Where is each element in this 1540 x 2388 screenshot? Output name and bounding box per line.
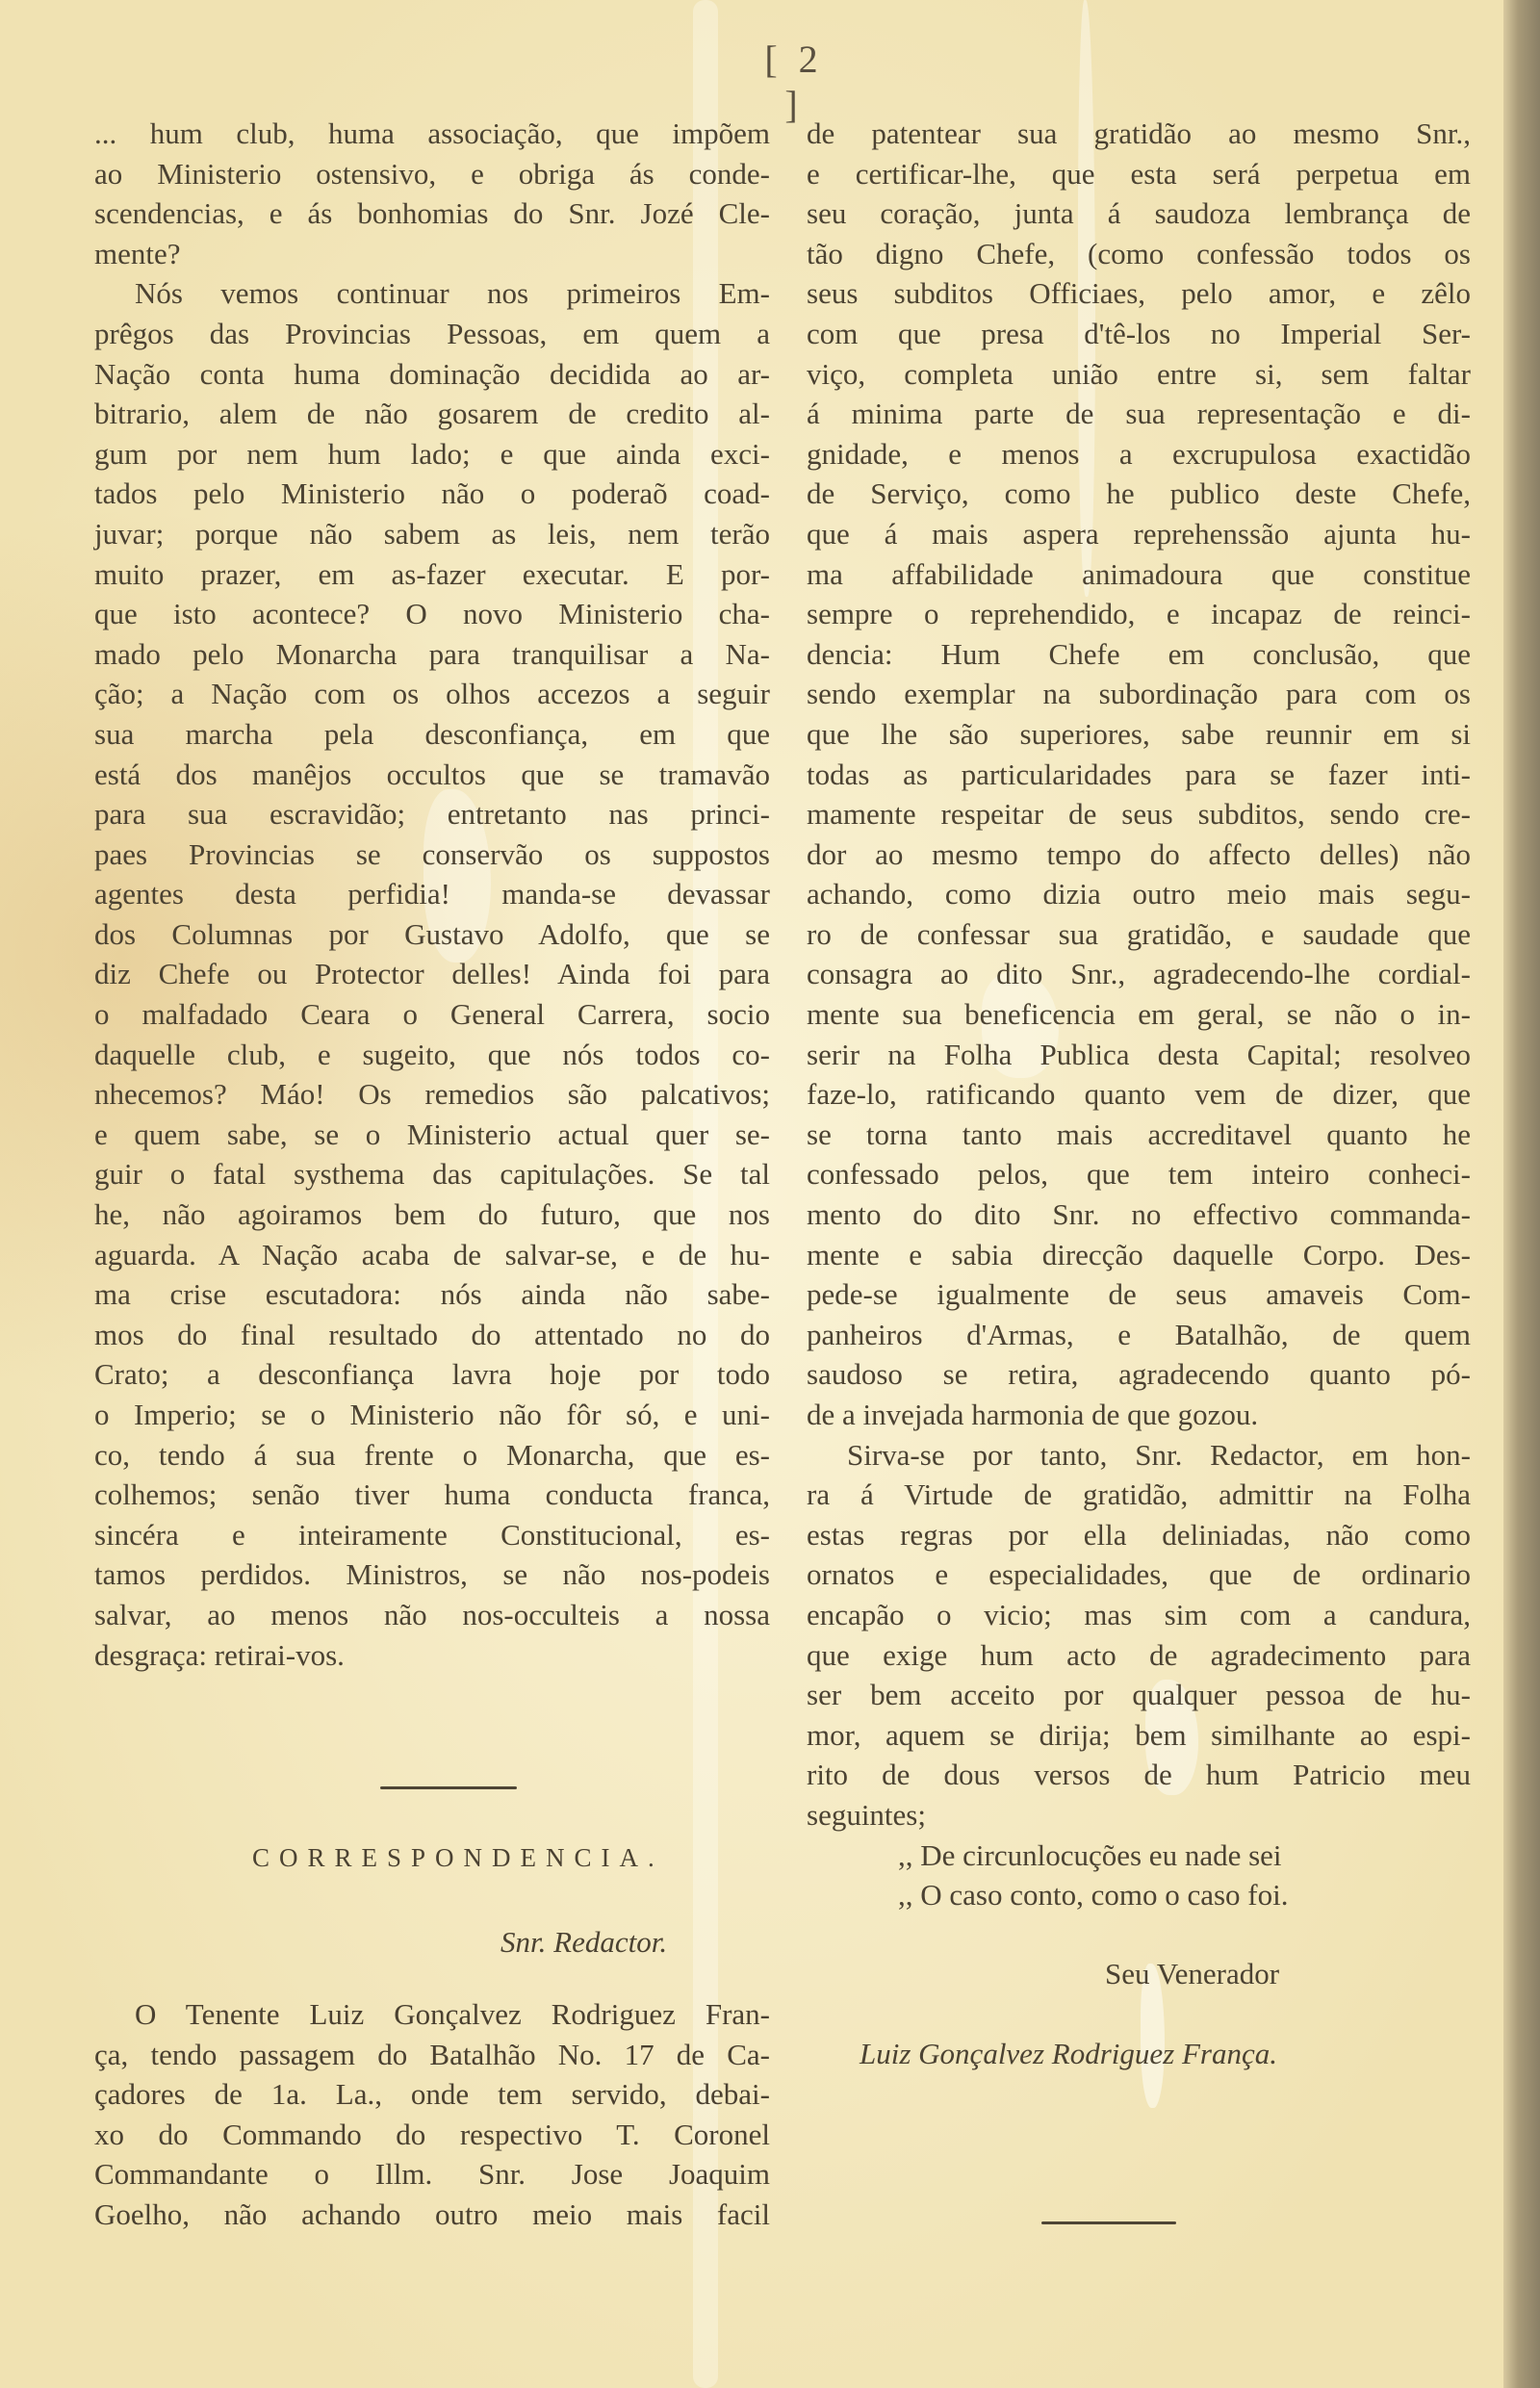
text-line: saudoso se retira, agradecendo quanto pó… — [807, 1354, 1471, 1395]
text-line: de Serviço, como he publico deste Chefe, — [807, 474, 1471, 514]
text-line: gum por nem hum lado; e que ainda exci- — [94, 434, 770, 475]
text-line: aguarda. A Nação acaba de salvar-se, e d… — [94, 1235, 770, 1275]
text-line: e certificar-lhe, que esta será perpetua… — [807, 154, 1471, 194]
text-line: scendencias, e ás bonhomias do Snr. Jozé… — [94, 193, 770, 234]
text-line: çadores de 1a. La., onde tem servido, de… — [94, 2074, 770, 2115]
text-line: mente? — [94, 234, 770, 274]
text-line: mamente respeitar de seus subditos, send… — [807, 794, 1471, 835]
text-line: juvar; porque não sabem as leis, nem ter… — [94, 514, 770, 554]
text-line: de patentear sua gratidão ao mesmo Snr., — [807, 114, 1471, 154]
text-line: ro de confessar sua gratidão, e saudade … — [807, 914, 1471, 955]
text-line: faze-lo, ratificando quanto vem de dizer… — [807, 1074, 1471, 1115]
text-line: todas as particularidades para se fazer … — [807, 755, 1471, 795]
text-line: e quem sabe, se o Ministerio actual quer… — [94, 1115, 770, 1155]
verse-line: ,, De circunlocuções eu nade sei — [807, 1836, 1471, 1876]
text-line: dencia: Hum Chefe em conclusão, que — [807, 634, 1471, 675]
text-line: dos Columnas por Gustavo Adolfo, que se — [94, 914, 770, 955]
text-line: achando, como dizia outro meio mais segu… — [807, 874, 1471, 914]
text-line: nhecemos? Máo! Os remedios são palcativo… — [94, 1074, 770, 1115]
text-line: Commandante o Illm. Snr. Jose Joaquim — [94, 2154, 770, 2195]
end-divider — [1041, 2221, 1176, 2224]
text-line: Nação conta huma dominação decidida ao a… — [94, 354, 770, 395]
text-line: mado pelo Monarcha para tranquilisar a N… — [94, 634, 770, 675]
text-line: co, tendo á sua frente o Monarcha, que e… — [94, 1435, 770, 1476]
text-line: mente sua beneficencia em geral, se não … — [807, 994, 1471, 1035]
text-line: o malfadado Ceara o General Carrera, soc… — [94, 994, 770, 1035]
text-line: Nós vemos continuar nos primeiros Em- — [94, 273, 770, 314]
text-line: viço, completa união entre si, sem falta… — [807, 354, 1471, 395]
text-line: mos do final resultado do attentado no d… — [94, 1315, 770, 1355]
text-line: sempre o reprehendido, e incapaz de rein… — [807, 594, 1471, 634]
text-line: rito de dous versos de hum Patricio meu — [807, 1755, 1471, 1795]
text-line: mor, aquem se dirija; bem similhante ao … — [807, 1715, 1471, 1756]
text-line: gnidade, e menos a excrupulosa exactidão — [807, 434, 1471, 475]
letter-closing: Seu Venerador — [807, 1954, 1471, 1994]
text-line: ornatos e especialidades, que de ordinar… — [807, 1554, 1471, 1595]
text-line: ma crise escutadora: nós ainda não sabe- — [94, 1274, 770, 1315]
text-line: seus subditos Officiaes, pelo amor, e zê… — [807, 273, 1471, 314]
text-line: ra á Virtude de gratidão, admittir na Fo… — [807, 1475, 1471, 1515]
text-line: sua marcha pela desconfiança, em que — [94, 714, 770, 755]
text-line: Crato; a desconfiança lavra hoje por tod… — [94, 1354, 770, 1395]
text-line: que á mais aspera reprehenssão ajunta hu… — [807, 514, 1471, 554]
text-line: tão digno Chefe, (como confessão todos o… — [807, 234, 1471, 274]
text-line: mente e sabia direcção daquelle Corpo. D… — [807, 1235, 1471, 1275]
text-line: panheiros d'Armas, e Batalhão, de quem — [807, 1315, 1471, 1355]
text-line: Sirva-se por tanto, Snr. Redactor, em ho… — [807, 1435, 1471, 1476]
text-line: agentes desta perfidia! manda-se devassa… — [94, 874, 770, 914]
text-line: desgraça: retirai-vos. — [94, 1635, 770, 1676]
text-line: mento do dito Snr. no effectivo commanda… — [807, 1194, 1471, 1235]
correspondence-letter-start: O Tenente Luiz Gonçalvez Rodriguez Fran-… — [94, 1994, 770, 2235]
text-line: que isto acontece? O novo Ministerio cha… — [94, 594, 770, 634]
text-line: muito prazer, em as-fazer executar. E po… — [94, 554, 770, 595]
text-line: salvar, ao menos não nos-occulteis a nos… — [94, 1595, 770, 1635]
text-line: o Imperio; se o Ministerio não fôr só, e… — [94, 1395, 770, 1435]
text-line: diz Chefe ou Protector delles! Ainda foi… — [94, 954, 770, 994]
text-line: ça, tendo passagem do Batalhão No. 17 de… — [94, 2035, 770, 2075]
text-line: dor ao mesmo tempo do affecto delles) nã… — [807, 835, 1471, 875]
page-binding-edge — [1503, 0, 1540, 2388]
text-line: paes Provincias se conservão os supposto… — [94, 835, 770, 875]
text-line: encapão o vicio; mas sim com a candura, — [807, 1595, 1471, 1635]
text-line: xo do Commando do respectivo T. Coronel — [94, 2115, 770, 2155]
text-line: tados pelo Ministerio não o poderaõ coad… — [94, 474, 770, 514]
text-line: he, não agoiramos bem do futuro, que nos — [94, 1194, 770, 1235]
text-line: Goelho, não achando outro meio mais faci… — [94, 2195, 770, 2235]
text-line: para sua escravidão; entretanto nas prin… — [94, 794, 770, 835]
text-line: sincéra e inteiramente Constitucional, e… — [94, 1515, 770, 1555]
letter-signature: Luiz Gonçalvez Rodriguez França. — [807, 2034, 1471, 2074]
text-line: seguintes; — [807, 1795, 1471, 1836]
text-line: ma affabilidade animadoura que constitue — [807, 554, 1471, 595]
text-line: guir o fatal systhema das capitulações. … — [94, 1154, 770, 1194]
text-line: se torna tanto mais accreditavel quanto … — [807, 1115, 1471, 1155]
right-column-letter: de patentear sua gratidão ao mesmo Snr.,… — [807, 114, 1471, 2074]
text-line: estas regras por ella deliniadas, não co… — [807, 1515, 1471, 1555]
text-line: serir na Folha Publica desta Capital; re… — [807, 1035, 1471, 1075]
section-divider — [380, 1786, 517, 1789]
text-line: pede-se igualmente de seus amaveis Com- — [807, 1274, 1471, 1315]
text-line: consagra ao dito Snr., agradecendo-lhe c… — [807, 954, 1471, 994]
text-line: colhemos; senão tiver huma conducta fran… — [94, 1475, 770, 1515]
verse-line: ,, O caso conto, como o caso foi. — [807, 1875, 1471, 1915]
correspondence-heading: CORRESPONDENCIA. — [252, 1843, 664, 1873]
text-line: ser bem acceito por qualquer pessoa de h… — [807, 1675, 1471, 1715]
text-line: que exige hum acto de agradecimento para — [807, 1635, 1471, 1676]
text-line: ... hum club, huma associação, que impõe… — [94, 114, 770, 154]
text-line: bitrario, alem de não gosarem de credito… — [94, 394, 770, 434]
text-line: á minima parte de sua representação e di… — [807, 394, 1471, 434]
text-line: seu coração, junta á saudoza lembrança d… — [807, 193, 1471, 234]
text-line: prêgos das Provincias Pessoas, em quem a — [94, 314, 770, 354]
left-column-article: ... hum club, huma associação, que impõe… — [94, 114, 770, 1675]
text-line: ção; a Nação com os olhos accezos a segu… — [94, 674, 770, 714]
text-line: tamos perdidos. Ministros, se não nos-po… — [94, 1554, 770, 1595]
text-line: com que presa d'tê-los no Imperial Ser- — [807, 314, 1471, 354]
text-line: sendo exemplar na subordinação para com … — [807, 674, 1471, 714]
text-line: que lhe são superiores, sabe reunnir em … — [807, 714, 1471, 755]
text-line: de a invejada harmonia de que gozou. — [807, 1395, 1471, 1435]
letter-salutation: Snr. Redactor. — [500, 1925, 667, 1960]
text-line: confessado pelos, que tem inteiro conhec… — [807, 1154, 1471, 1194]
text-line: O Tenente Luiz Gonçalvez Rodriguez Fran- — [94, 1994, 770, 2035]
text-line: está dos manêjos occultos que se tramavã… — [94, 755, 770, 795]
text-line: daquelle club, e sugeito, que nós todos … — [94, 1035, 770, 1075]
text-line: ao Ministerio ostensivo, e obriga ás con… — [94, 154, 770, 194]
